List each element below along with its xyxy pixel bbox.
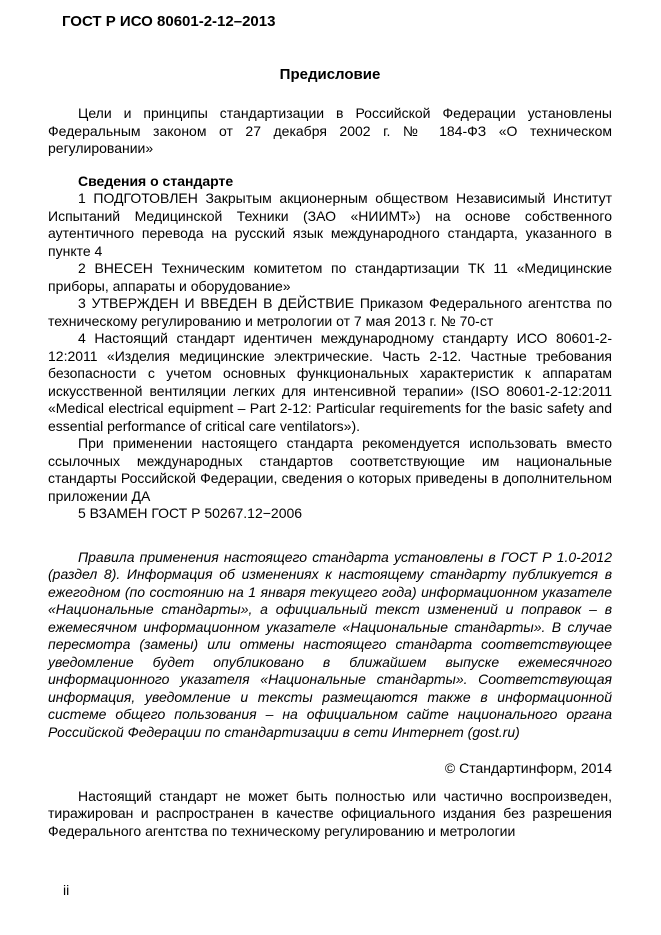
- reproduction-restriction-paragraph: Настоящий стандарт не может быть полност…: [48, 788, 612, 841]
- intro-paragraph: Цели и принципы стандартизации в Российс…: [48, 105, 612, 158]
- standard-info-heading: Сведения о стандарте: [48, 173, 612, 191]
- standard-info-item-3: 3 УТВЕРЖДЕН И ВВЕДЕН В ДЕЙСТВИЕ Приказом…: [48, 295, 612, 330]
- standard-info-item-5: 5 ВЗАМЕН ГОСТ Р 50267.12−2006: [48, 505, 612, 523]
- copyright-line: © Стандартинформ, 2014: [48, 760, 612, 778]
- recommendation-paragraph: При применении настоящего стандарта реко…: [48, 435, 612, 505]
- standard-info-item-4: 4 Настоящий стандарт идентичен междунаро…: [48, 330, 612, 435]
- standard-info-item-1: 1 ПОДГОТОВЛЕН Закрытым акционерным общес…: [48, 190, 612, 260]
- page-title: Предисловие: [48, 66, 612, 84]
- page-number: ii: [63, 882, 69, 900]
- application-rules-paragraph: Правила применения настоящего стандарта …: [48, 549, 612, 742]
- standard-info-item-2: 2 ВНЕСЕН Техническим комитетом по станда…: [48, 260, 612, 295]
- document-page: ГОСТ Р ИСО 80601-2-12–2013 Предисловие Ц…: [0, 0, 661, 935]
- document-code: ГОСТ Р ИСО 80601-2-12–2013: [62, 13, 612, 31]
